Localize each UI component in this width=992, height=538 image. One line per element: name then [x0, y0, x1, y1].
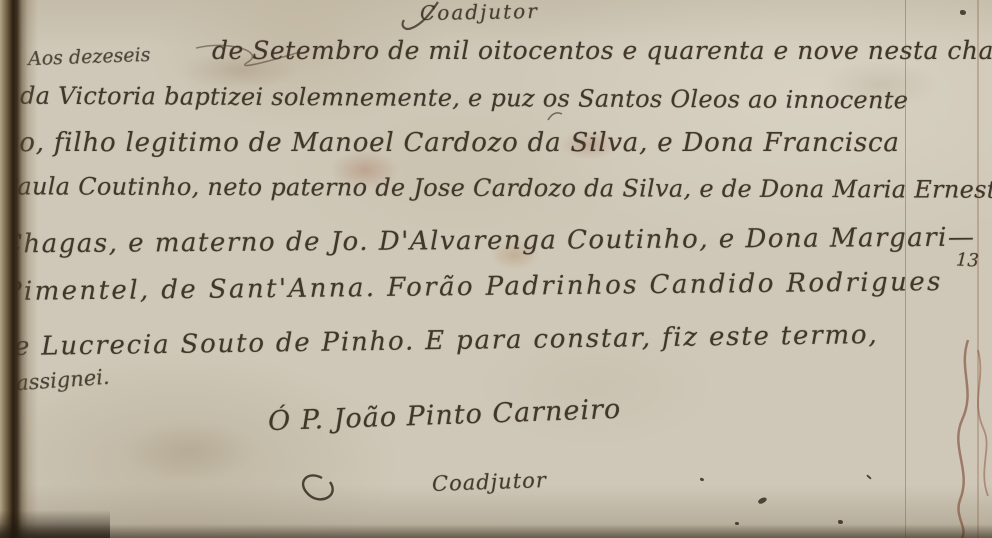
- record-line-6: Pimentel, de Sant'Anna. Forão Padrinhos …: [4, 267, 943, 307]
- margin-entry-number: 13: [955, 249, 979, 271]
- tilde-mark: [548, 113, 562, 120]
- record-line-3: to, filho legitimo de Manoel Cardozo da …: [8, 128, 900, 158]
- record-line-1: de Setembro de mil oitocentos e quarenta…: [212, 36, 992, 65]
- bottom-edge-shadow: [0, 524, 992, 538]
- record-line-2: da Victoria baptizei solemnemente, e puz…: [20, 82, 908, 115]
- priest-signature: Ó P. João Pinto Carneiro: [268, 394, 622, 437]
- scanned-register-page: Coadjutor Aos dezeseis de Setembro de mi…: [0, 0, 992, 538]
- ink-bleed-blot: [120, 420, 260, 480]
- entry-heading-coadjutor: Coadjutor: [420, 0, 539, 25]
- binding-gutter: [0, 0, 38, 538]
- signature-title-coadjutor: Coadjutor: [432, 468, 548, 496]
- record-line-1-start: Aos dezeseis: [28, 44, 151, 70]
- record-line-4: Paula Coutinho, neto paterno de Jose Car…: [2, 172, 992, 203]
- right-margin-ink-marks: [978, 350, 988, 496]
- record-line-5: Chagas, e materno de Jo. D'Alvarenga Cou…: [2, 223, 976, 260]
- record-line-8: assignei.: [15, 365, 110, 395]
- ink-speck: [757, 496, 767, 505]
- right-margin-ink-marks: [958, 340, 968, 538]
- ink-speck: [700, 477, 705, 481]
- ink-speck: [960, 10, 966, 15]
- ink-speck: [866, 474, 872, 479]
- signature-descender-loop: [303, 475, 333, 499]
- record-line-7: e Lucrecia Souto de Pinho. E para consta…: [14, 320, 879, 362]
